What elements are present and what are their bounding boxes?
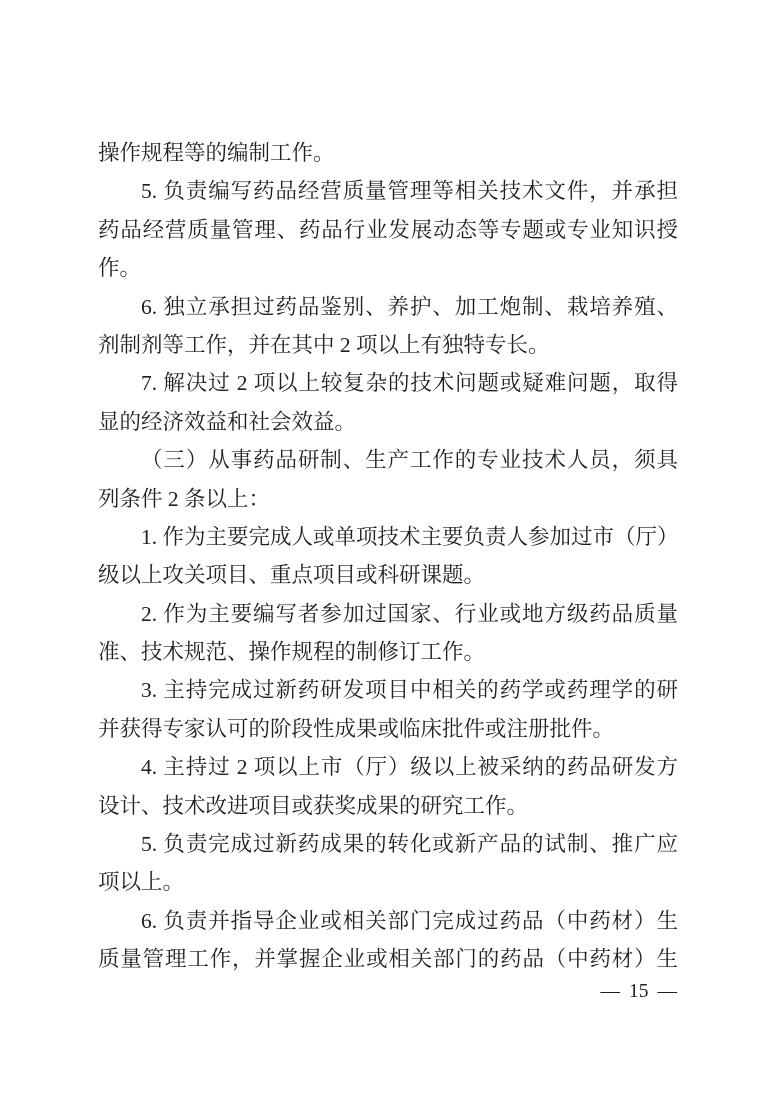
text-line: 6. 负责并指导企业或相关部门完成过药品（中药材）生产: [98, 902, 678, 940]
text-line: 级以上攻关项目、重点项目或科研课题。: [98, 556, 678, 594]
text-line: 列条件 2 条以上：: [98, 480, 678, 518]
text-line: 5. 负责编写药品经营质量管理等相关技术文件，并承担过: [98, 172, 678, 210]
text-line: 并获得专家认可的阶段性成果或临床批件或注册批件。: [98, 710, 678, 748]
text-line: 1. 作为主要完成人或单项技术主要负责人参加过市（厅）: [98, 518, 678, 556]
text-line: 2. 作为主要编写者参加过国家、行业或地方级药品质量标: [98, 595, 678, 633]
page-number-value: 15: [629, 980, 649, 1004]
text-line: 项以上。: [98, 863, 678, 901]
document-body: 操作规程等的编制工作。 5. 负责编写药品经营质量管理等相关技术文件，并承担过 …: [98, 134, 678, 979]
page-number: — 15 —: [601, 980, 678, 1004]
text-line: 7. 解决过 2 项以上较复杂的技术问题或疑难问题，取得明: [98, 364, 678, 402]
text-line: 操作规程等的编制工作。: [98, 134, 678, 172]
text-line: 药品经营质量管理、药品行业发展动态等专题或专业知识授课工: [98, 211, 678, 249]
text-line: （三）从事药品研制、生产工作的专业技术人员，须具备下: [98, 441, 678, 479]
text-line: 质量管理工作，并掌握企业或相关部门的药品（中药材）生产质: [98, 940, 678, 978]
text-line: 5. 负责完成过新药成果的转化或新产品的试制、推广应用 2: [98, 825, 678, 863]
page-number-dash-left: —: [601, 980, 621, 1004]
document-page: 操作规程等的编制工作。 5. 负责编写药品经营质量管理等相关技术文件，并承担过 …: [0, 0, 777, 1099]
text-line: 6. 独立承担过药品鉴别、养护、加工炮制、栽培养殖、调: [98, 288, 678, 326]
text-line: 设计、技术改进项目或获奖成果的研究工作。: [98, 787, 678, 825]
text-line: 3. 主持完成过新药研发项目中相关的药学或药理学的研究，: [98, 671, 678, 709]
text-line: 显的经济效益和社会效益。: [98, 403, 678, 441]
text-line: 剂制剂等工作，并在其中 2 项以上有独特专长。: [98, 326, 678, 364]
text-line: 准、技术规范、操作规程的制修订工作。: [98, 633, 678, 671]
page-number-dash-right: —: [658, 980, 678, 1004]
text-line: 4. 主持过 2 项以上市（厅）级以上被采纳的药品研发方案: [98, 748, 678, 786]
text-line: 作。: [98, 249, 678, 287]
